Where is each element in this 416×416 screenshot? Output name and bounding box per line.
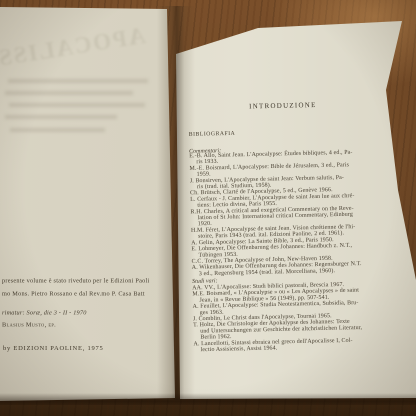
ghost-showthrough-line [8, 79, 148, 83]
ghost-showthrough-line [10, 128, 105, 132]
ghost-showthrough-line [5, 91, 133, 95]
ghost-showthrough-line [9, 103, 145, 107]
book-photo: APOCALISSE presente volume è stato rived… [0, 0, 416, 416]
right-page-content: INTRODUZIONE BIBLIOGRAFIA Commentari: E.… [184, 13, 416, 400]
studi-list: AA. VV., L'Apocalisse: Studi biblici pas… [192, 279, 393, 352]
commentari-list: E.-B. Allo, Saint Jean. L'Apocalypse: Ét… [189, 148, 392, 277]
ghost-showthrough-line [5, 115, 117, 119]
ghost-showthrough-title: APOCALISSE [13, 23, 147, 69]
copyright-line: by EDIZIONI PAOLINE, 1975 [3, 344, 103, 352]
review-notice: presente volume è stato riveduto per le … [2, 274, 149, 300]
bibliography-heading: BIBLIOGRAFIA [189, 130, 236, 137]
imprimatur-line: rimatur: Soræ, die 3 - II - 1970 [2, 309, 87, 317]
bishop-signature-line: Blasius Musto, ep. [2, 321, 56, 329]
review-notice-line-1: presente volume è stato riveduto per le … [2, 274, 149, 287]
review-notice-line-2: mo Mons. Pietro Rossano e dal Rev.mo P. … [2, 287, 149, 300]
page-title: INTRODUZIONE [249, 101, 317, 111]
